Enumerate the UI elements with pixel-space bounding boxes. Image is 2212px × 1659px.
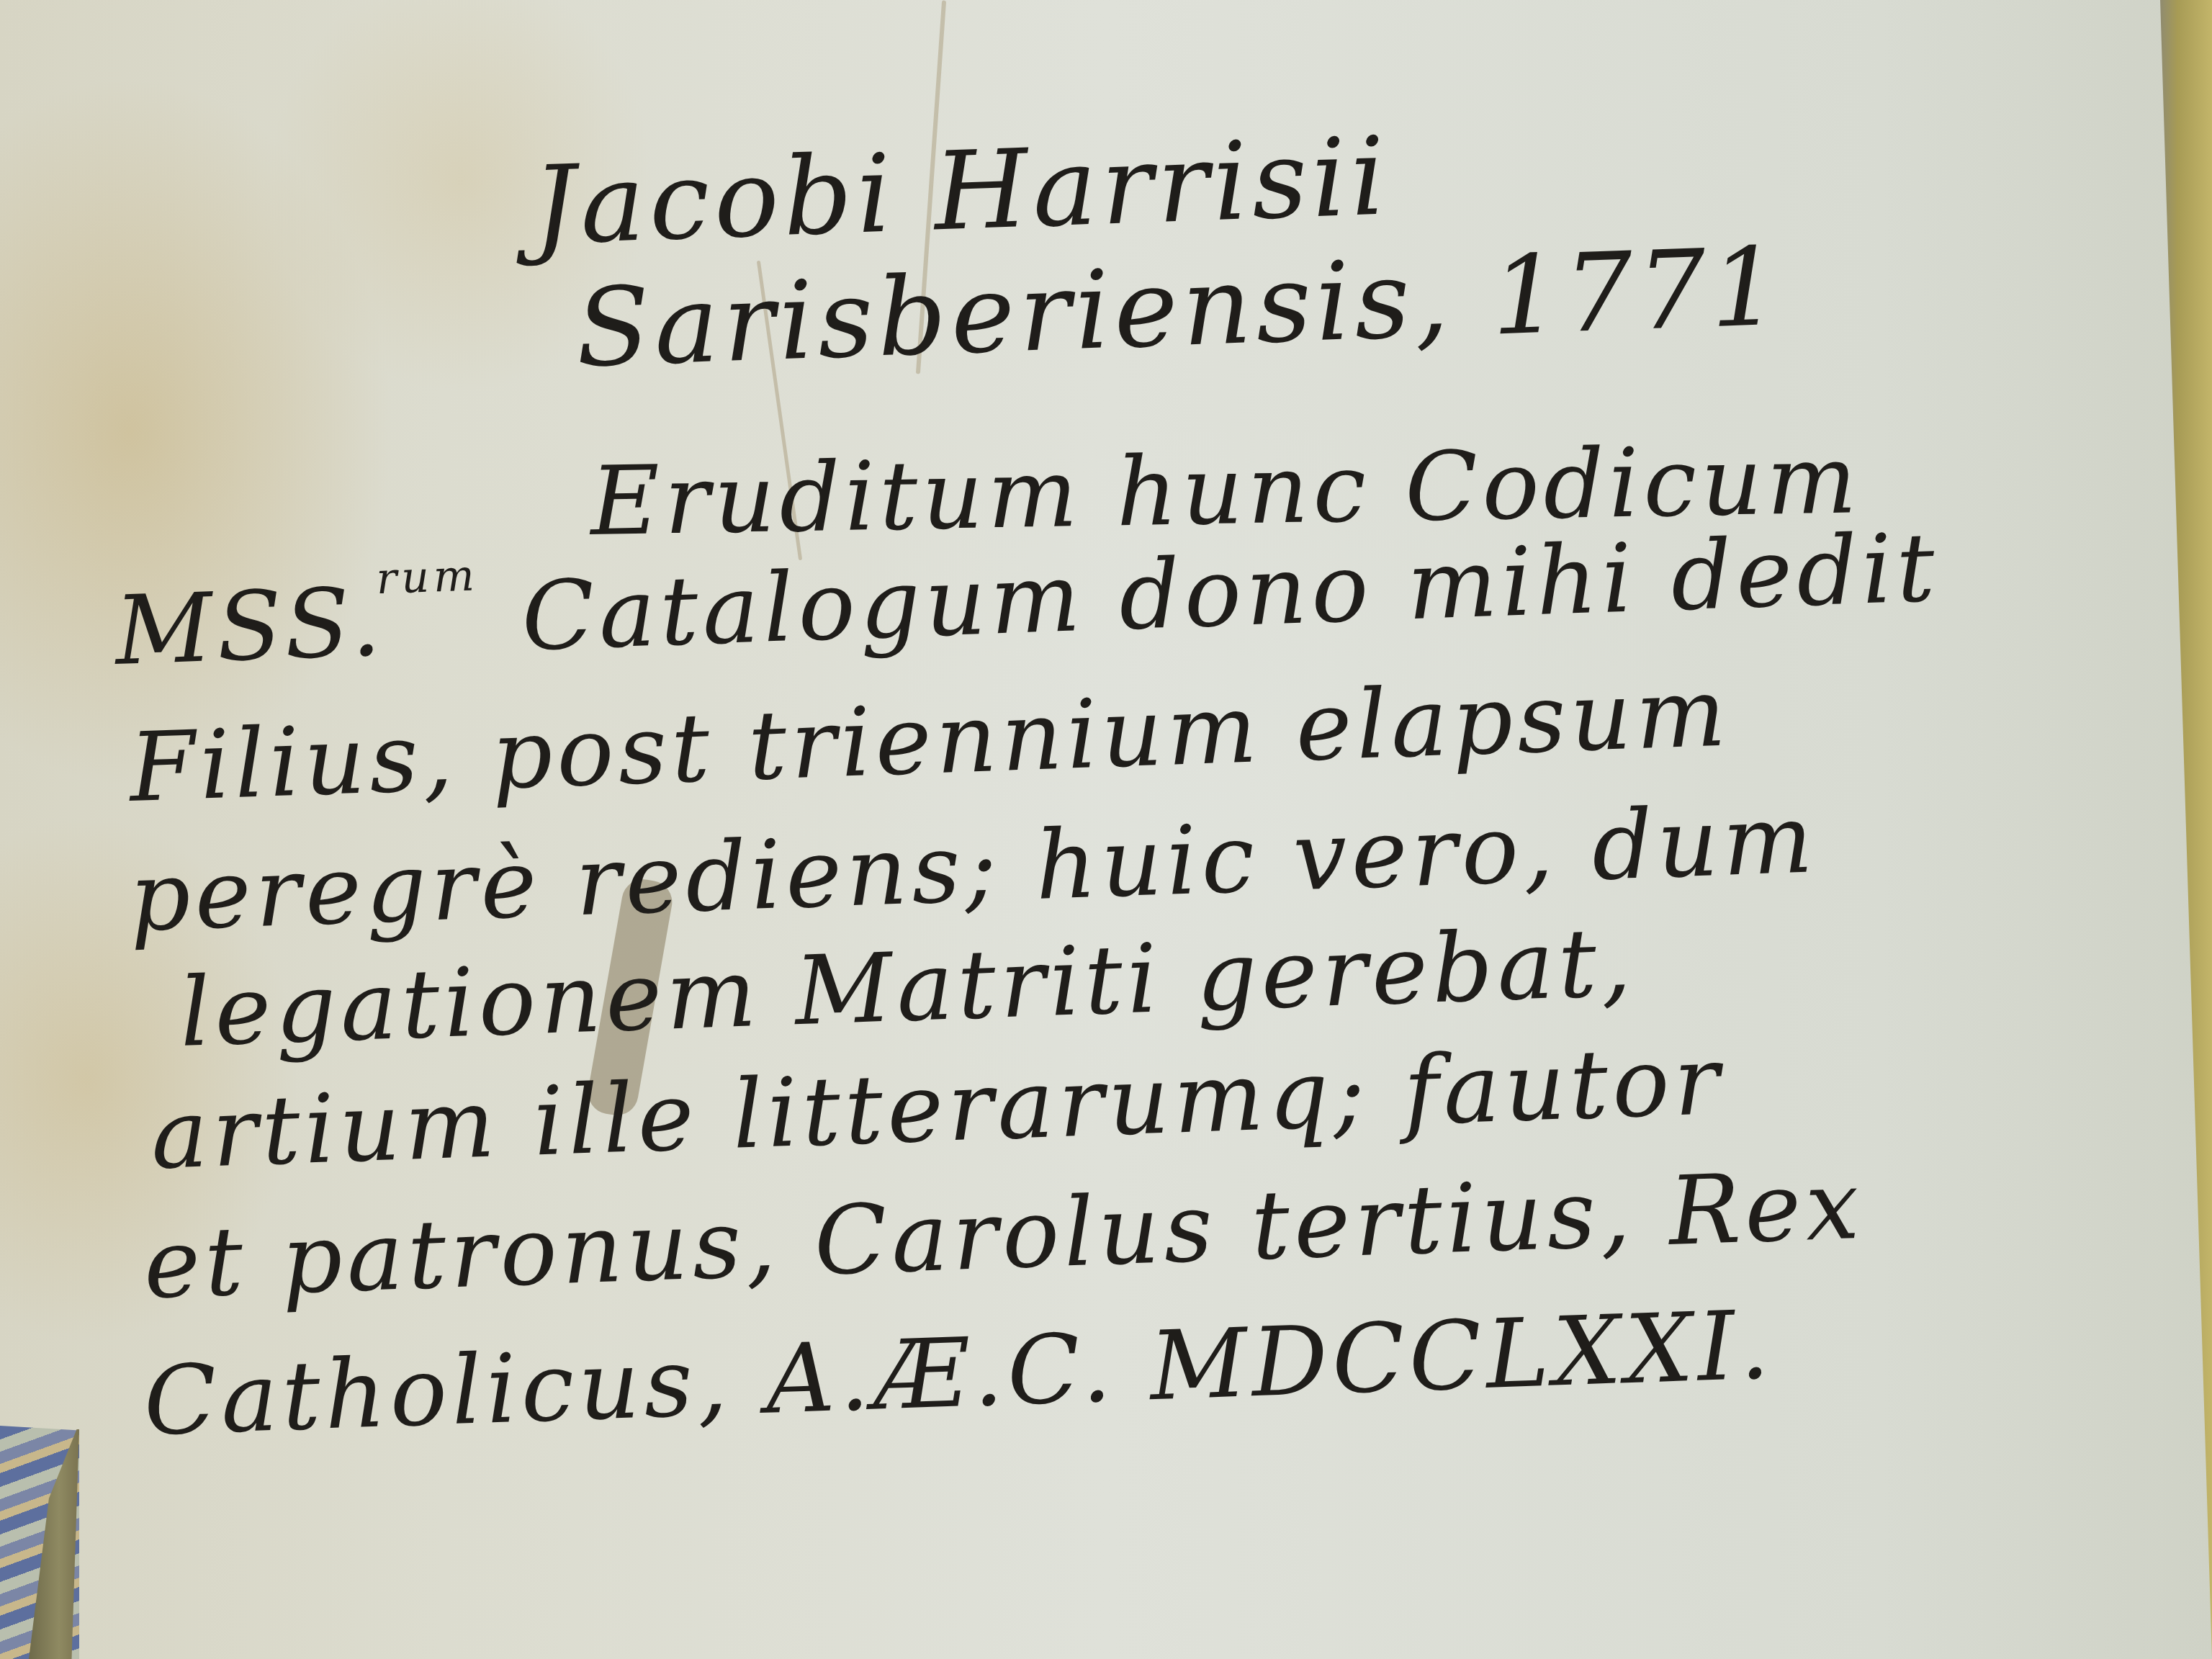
superscript-rum: rum bbox=[375, 550, 480, 604]
mss-abbreviation: MSS. bbox=[113, 567, 387, 687]
handwritten-text: Jacobi Harrisii Sarisberiensis, 1771 Eru… bbox=[0, 0, 2212, 1659]
body-line-8: Catholicus, A.Æ.C. MDCCLXXI. bbox=[142, 1290, 1776, 1457]
